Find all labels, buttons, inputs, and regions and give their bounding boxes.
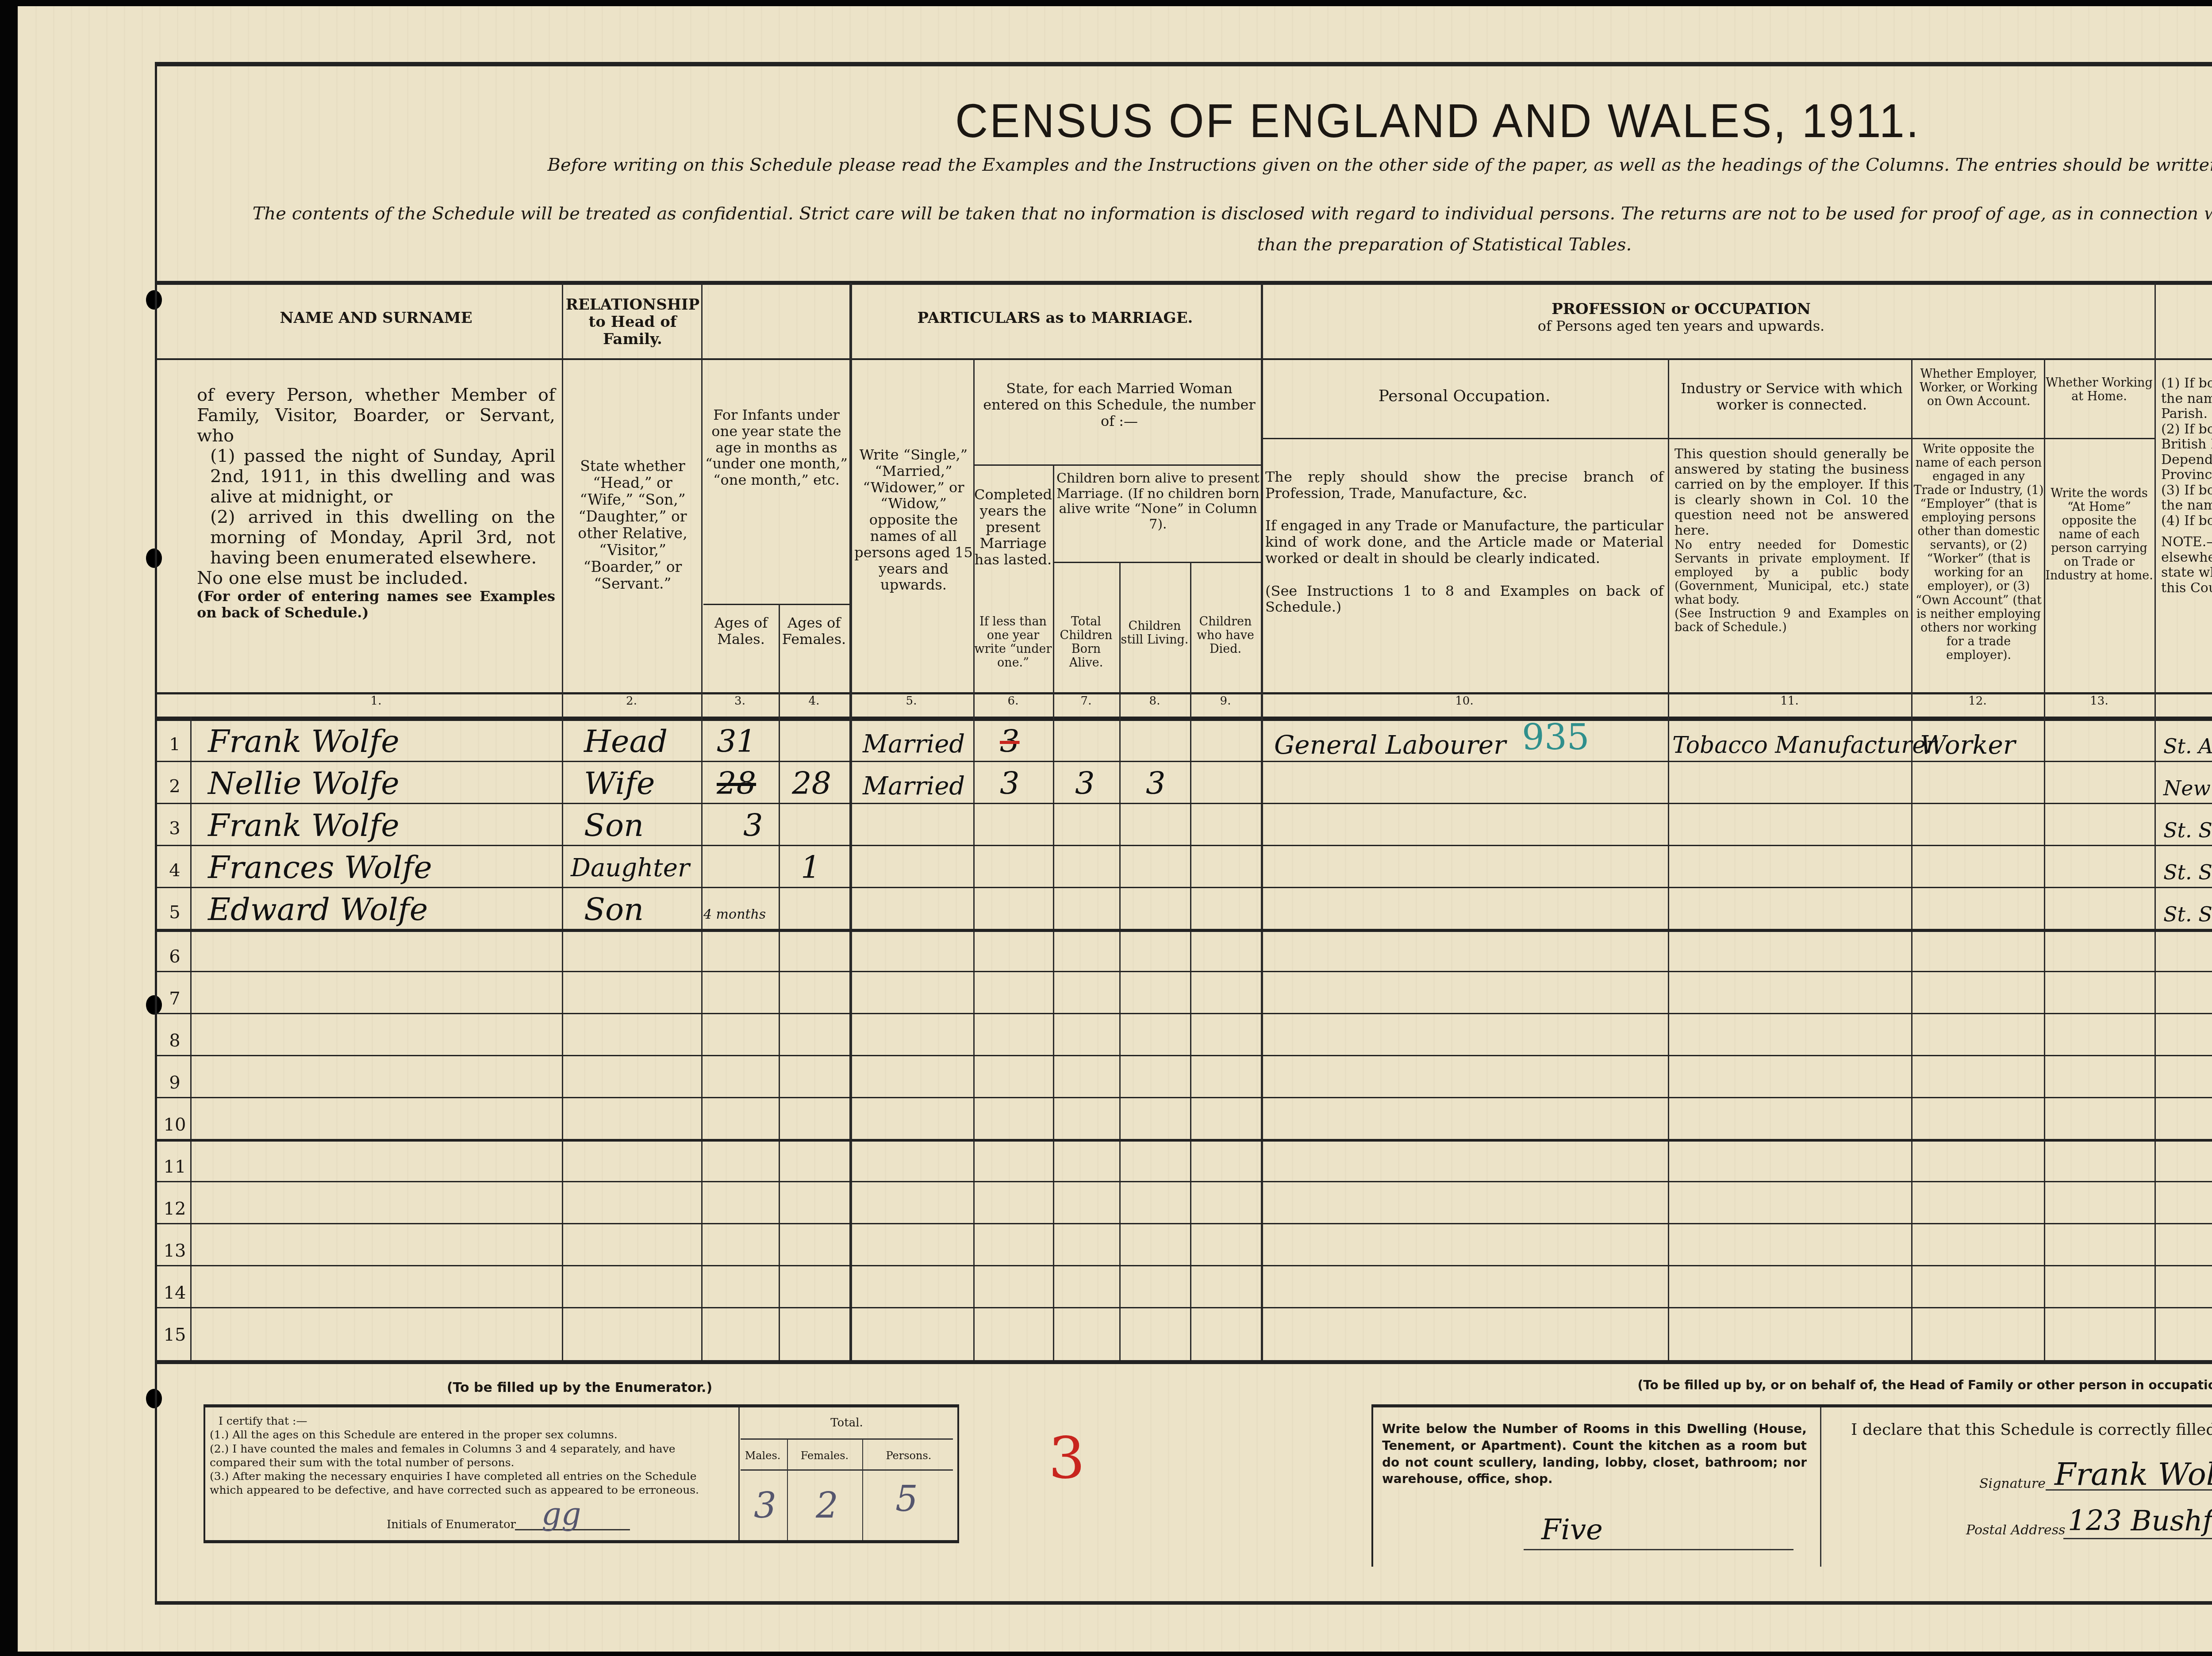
household-table — [155, 719, 2212, 1360]
col-number: 13. — [2044, 694, 2154, 708]
instructions-line: Before writing on this Schedule please r… — [398, 155, 2212, 175]
females-label: Females. — [787, 1449, 862, 1462]
cell-age-female[interactable]: 28 — [792, 765, 831, 801]
cell-birthplace[interactable]: St. Stephen's Nottingham — [2163, 818, 2212, 842]
col8-desc: Children still Living. — [1119, 619, 1190, 647]
page-title: CENSUS OF ENGLAND AND WALES, 1911. — [913, 93, 1963, 148]
col-number: 11. — [1668, 694, 1911, 708]
cell-age-male[interactable]: 4 months — [703, 907, 766, 922]
col4-heading: Ages of Females. — [779, 615, 849, 648]
row-number: 7 — [159, 989, 190, 1009]
col-number: 3. — [701, 694, 779, 708]
cell-name[interactable]: Nellie Wolfe — [208, 765, 399, 801]
col-number: 4. — [779, 694, 849, 708]
married-woman-desc: State, for each Married Woman entered on… — [978, 380, 1261, 429]
row-number: 11 — [159, 1157, 190, 1177]
cell-marital[interactable]: Married — [863, 772, 965, 801]
row-number: 13 — [159, 1241, 190, 1261]
cell-relationship[interactable]: Wife — [584, 765, 655, 801]
marriage-heading: PARTICULARS as to MARRIAGE. — [849, 310, 1261, 327]
cell-age-male[interactable]: 28 — [717, 765, 756, 801]
col3-heading: Ages of Males. — [703, 615, 779, 648]
householder-section: Write below the Number of Rooms in this … — [1371, 1404, 2212, 1567]
col14-heading: BIRTHPLACEof every person. — [2154, 305, 2212, 339]
col11-heading: Industry or Service with which worker is… — [1672, 380, 1911, 413]
signature-value[interactable]: Frank Wolfe — [2055, 1456, 2212, 1492]
col-number: 8. — [1119, 694, 1190, 708]
cell-birthplace[interactable]: St. Andrew's Nottingham — [2163, 734, 2212, 758]
col12-heading: Whether Employer, Worker, or Working on … — [1913, 367, 2044, 408]
rooms-instruction: Write below the Number of Rooms in this … — [1382, 1421, 1807, 1487]
row-number: 8 — [159, 1031, 190, 1051]
cell-occupation[interactable]: General Labourer — [1274, 730, 1506, 760]
cell-children-living[interactable]: 3 — [1146, 765, 1166, 801]
cell-name[interactable]: Frank Wolfe — [208, 807, 399, 843]
females-total[interactable]: 2 — [816, 1485, 838, 1526]
col11-desc: This question should generally be answer… — [1674, 447, 1909, 634]
cell-relationship[interactable]: Daughter — [571, 854, 690, 882]
declaration-text: I declare that this Schedule is correctl… — [1851, 1421, 2212, 1439]
col13-desc: Write the words “At Home” opposite the n… — [2044, 487, 2154, 583]
address-label: Postal Address — [1966, 1522, 2065, 1538]
cell-name[interactable]: Frank Wolfe — [208, 723, 399, 759]
col6-desc: Completed years the present Marriage has… — [973, 487, 1053, 568]
col13-heading: Whether Working at Home. — [2044, 376, 2154, 403]
col14-desc: (1) If born in the United Kingdom, write… — [2161, 376, 2212, 596]
cell-marital[interactable]: Married — [863, 730, 965, 759]
certification-text: I certify that :— (1.) All the ages on t… — [210, 1414, 732, 1497]
col2-heading: RELATIONSHIP to Head of Family. — [564, 296, 701, 348]
row-number: 14 — [159, 1283, 190, 1303]
red-annotation: 3 — [1048, 1424, 1085, 1491]
age-desc: For Infants under one year state the age… — [703, 407, 849, 488]
householder-heading: (To be filled up by, or on behalf of, th… — [1371, 1378, 2212, 1392]
address-value[interactable]: 123 Bushfield St. Nottingham — [2068, 1505, 2212, 1537]
col2-desc: State whether “Head,” or “Wife,” “Son,” … — [566, 458, 699, 592]
col10-heading: Personal Occupation. — [1265, 387, 1663, 405]
cell-name[interactable]: Frances Wolfe — [208, 849, 432, 885]
cell-children-total[interactable]: 3 — [1075, 765, 1095, 801]
enumerator-certification: I certify that :— (1.) All the ages on t… — [204, 1404, 959, 1543]
persons-label: Persons. — [862, 1449, 955, 1462]
cell-years-married[interactable]: 3 — [1000, 723, 1020, 759]
row-number: 6 — [159, 947, 190, 967]
col-number: 12. — [1911, 694, 2044, 708]
col-number: 6. — [973, 694, 1053, 708]
persons-total[interactable]: 5 — [895, 1478, 918, 1519]
col1-desc: of every Person, whether Member of Famil… — [197, 385, 555, 621]
rooms-value[interactable]: Five — [1541, 1514, 1603, 1546]
col-number: 9. — [1190, 694, 1261, 708]
confidential-line-2: than the preparation of Statistical Tabl… — [177, 234, 2212, 255]
col-number: 1. — [190, 694, 562, 708]
row-number: 9 — [159, 1073, 190, 1093]
cell-years-married[interactable]: 3 — [1000, 765, 1020, 801]
cell-age-male[interactable]: 31 — [717, 723, 756, 759]
col7-desc: Total Children Born Alive. — [1053, 615, 1119, 670]
occupation-heading: PROFESSION or OCCUPATION of Persons aged… — [1261, 301, 2101, 334]
cell-birthplace[interactable]: St. Stephen's Nottingham — [2163, 902, 2212, 926]
cell-birthplace[interactable]: St. Stephen's Nottingham — [2163, 860, 2212, 884]
row-number: 15 — [159, 1325, 190, 1345]
col-number: 5. — [849, 694, 973, 708]
cell-birthplace[interactable]: New Radford Nottingham — [2163, 776, 2212, 800]
col12-desc: Write opposite the name of each person e… — [1913, 442, 2044, 662]
cell-name[interactable]: Edward Wolfe — [208, 891, 428, 928]
confidential-line: The contents of the Schedule will be tre… — [177, 203, 2212, 224]
cell-age-female[interactable]: 1 — [801, 849, 821, 885]
row-number: 12 — [159, 1199, 190, 1219]
col-number: 10. — [1261, 694, 1668, 708]
cell-employment[interactable]: Worker — [1920, 730, 2016, 760]
row-number: 10 — [159, 1115, 190, 1135]
col6-note: If less than one year write “under one.” — [973, 615, 1053, 670]
col-number: 2. — [562, 694, 701, 708]
enumerator-heading: (To be filled up by the Enumerator.) — [204, 1380, 956, 1395]
initials-value[interactable]: gg — [541, 1496, 581, 1532]
cell-industry[interactable]: Tobacco Manufacturer — [1672, 732, 1937, 759]
col10-desc: The reply should show the precise branch… — [1265, 469, 1663, 615]
cell-relationship[interactable]: Son — [584, 807, 644, 843]
males-total[interactable]: 3 — [754, 1485, 776, 1526]
children-desc: Children born alive to present Marriage.… — [1055, 471, 1261, 532]
col1-heading: NAME AND SURNAME — [190, 310, 562, 327]
initials-label: Initials of Enumerator — [387, 1518, 516, 1531]
col9-desc: Children who have Died. — [1190, 615, 1261, 656]
cell-age-male[interactable]: 3 — [743, 807, 763, 843]
col-number: 7. — [1053, 694, 1119, 708]
cell-relationship[interactable]: Son — [584, 891, 644, 928]
cell-relationship[interactable]: Head — [584, 723, 668, 759]
total-label: Total. — [738, 1416, 955, 1430]
col-number: 14. — [2154, 694, 2212, 708]
males-label: Males. — [738, 1449, 787, 1462]
col5-desc: Write “Single,” “Married,” “Widower,” or… — [854, 447, 973, 593]
signature-label: Signature — [1979, 1476, 2046, 1491]
cell-occupation-code: 935 — [1522, 717, 1590, 758]
